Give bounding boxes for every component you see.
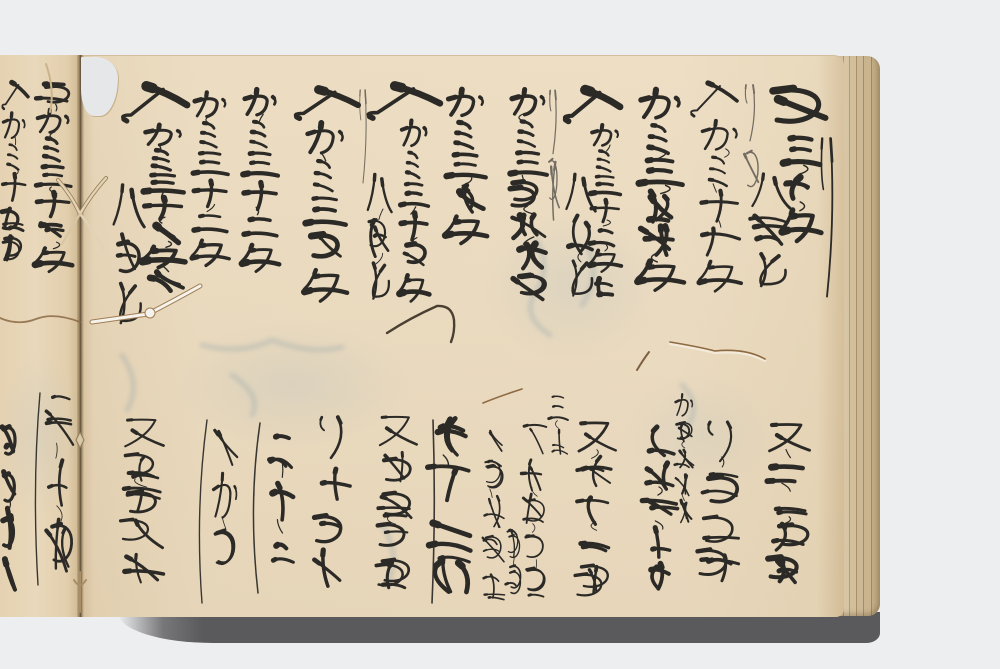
column-text: 又世ゟ之れ — [572, 418, 618, 598]
entry-mark: 入 — [362, 83, 440, 120]
column-text: りゆ鍋屋 — [308, 415, 354, 590]
entry-text: 入かミ十六部 — [0, 80, 28, 263]
entry-note: 八升め — [365, 170, 393, 303]
entry-note: 八升め — [563, 170, 597, 300]
entry-text: 堺屋清兵衛 — [520, 420, 550, 600]
entry-text: 又世ゟ之れ — [762, 420, 812, 588]
entry-mark: 入 — [560, 87, 620, 123]
entry-annotation: り — [356, 85, 370, 185]
column-text: 堺屋清兵衛 — [520, 420, 550, 600]
mark-text: 料 — [757, 78, 837, 133]
entry-note: 中屋 — [504, 525, 522, 600]
entry-text: 御老人 — [42, 388, 76, 576]
entry-text: りゆ鍋屋 — [695, 420, 745, 588]
entry-amount: かミ三十五匁 — [398, 118, 430, 303]
entry-mark: 入 — [290, 87, 358, 120]
amount-text: かミ三拾五匁 — [635, 87, 685, 292]
entry-annotation: りく — [740, 82, 760, 202]
entry-amount: かミ三拾匁 — [443, 87, 488, 245]
column-text: 大吉鍋屋 — [425, 415, 475, 597]
mark-text: 入 — [687, 80, 737, 118]
annotation-text: りく — [740, 82, 760, 202]
entry-mark: 入 — [117, 83, 187, 123]
amount-text: かミ三拾匁 — [302, 120, 348, 303]
entry-annotation: 三郎 — [547, 392, 569, 457]
entry-text: 間屋庄兵衛 — [480, 420, 506, 603]
entry-amount: かミ三貫目五分 — [507, 87, 549, 302]
left-page: 奴かミ三十五匁 入かミ十六部 御老人 了子右衛 — [0, 55, 80, 617]
column-text: 了子右衛 — [0, 413, 18, 598]
entry-mark: 料 — [757, 78, 837, 133]
amount-text: かミ三十五匁 — [398, 118, 430, 303]
entry-annotation: り — [815, 130, 839, 300]
note-text: 八貫め — [110, 180, 146, 328]
book-gutter-binding — [77, 55, 84, 617]
entry-text: 又世ゟ之れ — [118, 415, 166, 585]
entry-text: りゆ鍋屋 — [308, 415, 354, 590]
amount-text: かミ三貫目五分 — [507, 87, 549, 302]
right-page: 料 三拾匁 り 八升め 入 かミ十五匁 りく かミ — [82, 55, 844, 617]
column-text: 奴かミ三十五匁 — [33, 80, 73, 273]
entry-text: 又世ゟ之れ — [373, 412, 419, 592]
column-text: 御老人 — [42, 388, 76, 576]
amount-text: かミ三拾匁 — [443, 87, 488, 245]
annotation-text: 三郎 — [547, 392, 569, 457]
entry-amount: かミ十五匁 — [697, 118, 742, 293]
mark-text: 入 — [560, 87, 620, 123]
entry-text: 大吉鍋屋 — [425, 415, 475, 597]
entry-text: 奴かミ三十五匁 — [33, 80, 73, 273]
column-text: 又世ゟ之れ — [762, 420, 812, 588]
entry-text: 野田清兵衛 — [638, 423, 680, 593]
entry-amount: かミ三十五匁下 — [140, 123, 186, 293]
column-text: ゆきゑ — [267, 415, 295, 582]
column-text: りゆ鍋屋 — [695, 420, 745, 588]
amount-text: かミ三十五匁下 — [140, 123, 186, 293]
note-text: 八升め — [563, 170, 597, 300]
column-text: 入かミ十六部 — [0, 80, 28, 263]
entry-amount: かミ三拾匁 — [302, 120, 348, 303]
amount-text: かミ三十二匁 — [240, 87, 280, 273]
entry-text: 了子右衛 — [0, 413, 18, 598]
note-text: 中屋 — [504, 525, 522, 600]
annotation-text: り — [356, 85, 370, 185]
mark-text: 入 — [117, 83, 187, 123]
mark-text: 入 — [290, 87, 358, 120]
column-text: 間屋庄兵衛 — [480, 420, 506, 603]
note-text: 八升め — [365, 170, 393, 303]
mark-text: 入 — [362, 83, 440, 120]
entry-text: ゆきゑ — [267, 415, 295, 582]
amount-text: かミ十五匁 — [697, 118, 742, 293]
entry-text: 又世ゟ之れ — [572, 418, 618, 598]
column-text: 又世ゟ之れ — [118, 415, 166, 585]
amount-text: かミ三十二匁 — [190, 90, 230, 267]
column-text: ゆかゑ — [210, 415, 240, 577]
entry-mark: 入 — [687, 80, 737, 118]
entry-amount: かミ三拾五匁 — [635, 87, 685, 292]
column-text: 野田清兵衛 — [638, 423, 680, 593]
annotation-text: り — [815, 130, 839, 300]
entry-amount: かミ三十二匁 — [190, 90, 230, 267]
entry-note: 八貫め — [110, 180, 146, 328]
entry-text: ゆかゑ — [210, 415, 240, 577]
entry-amount: かミ三十二匁 — [240, 87, 280, 273]
column-text: 又世ゟ之れ — [373, 412, 419, 592]
